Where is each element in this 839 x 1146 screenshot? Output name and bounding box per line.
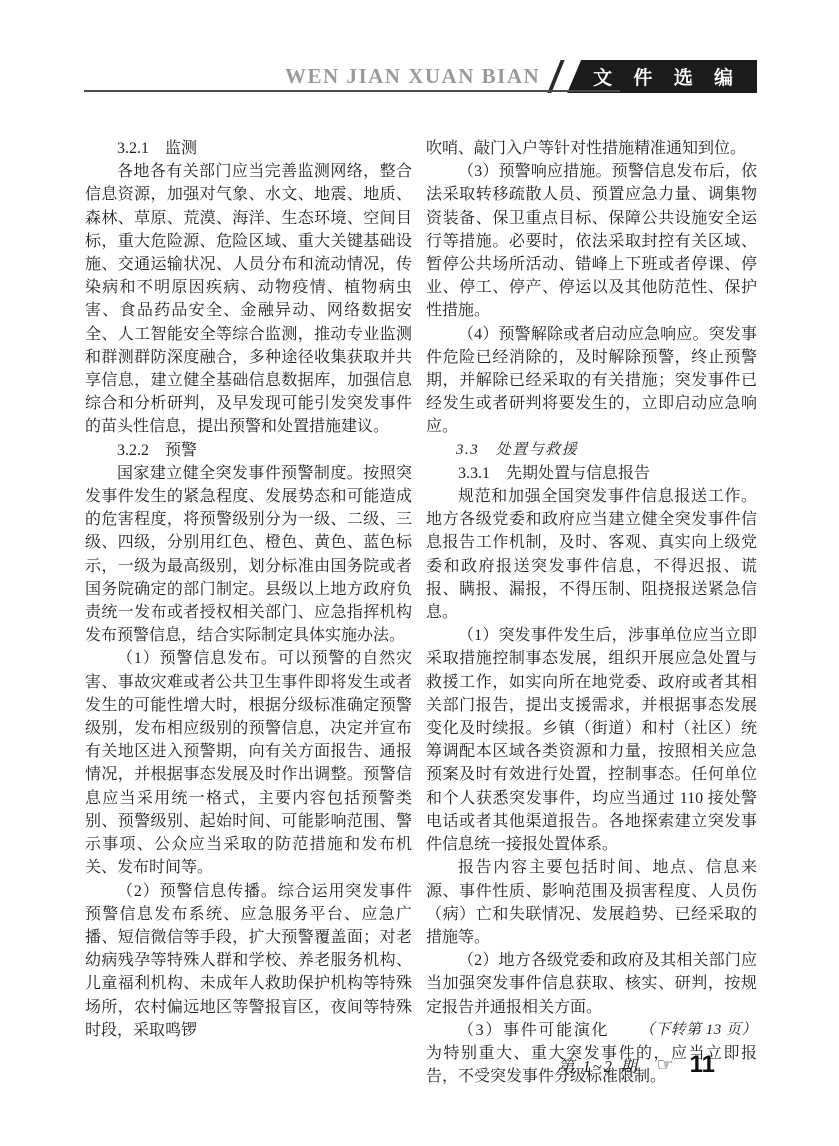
paragraph: 各地各有关部门应当完善监测网络，整合信息资源，加强对气象、水文、地震、地质、森林… (85, 160, 412, 438)
article-body: 3.2.1 监测 各地各有关部门应当完善监测网络，整合信息资源，加强对气象、水文… (85, 137, 757, 1088)
continued-on-page-note: （下转第 13 页） (607, 1019, 757, 1042)
slash-divider-icon (547, 60, 564, 93)
header-rule (84, 90, 620, 92)
paragraph: （2）地方各级党委和政府及其相关部门应当加强突发事件信息获取、核实、研判，按规定… (426, 949, 757, 1019)
section-label-box: 文 件 选 编 (567, 60, 757, 93)
journal-pinyin-title: WEN JIAN XUAN BIAN (285, 60, 540, 93)
paragraph: （3）预警响应措施。预警信息发布后，依法采取转移疏散人员、预置应急力量、调集物资… (426, 160, 757, 322)
section-heading-3-3-1: 3.3.1 先期处置与信息报告 (426, 462, 757, 485)
paragraph: （1）突发事件发生后，涉事单位应当立即采取措施控制事态发展，组织开展应急处置与救… (426, 624, 757, 856)
paragraph: （1）预警信息发布。可以预警的自然灾害、事故灾难或者公共卫生事件即将发生或者发生… (85, 647, 412, 879)
pointing-hand-icon: ☞ (657, 1054, 674, 1076)
page-header: WEN JIAN XUAN BIAN 文 件 选 编 (285, 60, 757, 93)
document-page: WEN JIAN XUAN BIAN 文 件 选 编 3.2.1 监测 各地各有… (0, 0, 839, 1146)
paragraph: （4）预警解除或者启动应急响应。突发事件危险已经消除的，及时解除预警，终止预警期… (426, 323, 757, 439)
paragraph: （2）预警信息传播。综合运用突发事件预警信息发布系统、应急服务平台、应急广播、短… (85, 880, 412, 1042)
paragraph: 报告内容主要包括时间、地点、信息来源、事件性质、影响范围及损害程度、人员伤（病）… (426, 856, 757, 949)
section-label: 文 件 选 编 (593, 63, 741, 90)
left-column: 3.2.1 监测 各地各有关部门应当完善监测网络，整合信息资源，加强对气象、水文… (85, 137, 412, 1088)
paragraph-continuation: 吹哨、敲门入户等针对性措施精准通知到位。 (426, 137, 757, 160)
section-heading-3-3: 3.3 处置与救援 (426, 439, 757, 462)
right-column: 吹哨、敲门入户等针对性措施精准通知到位。 （3）预警响应措施。预警信息发布后，依… (426, 137, 757, 1088)
page-number: 11 (690, 1051, 715, 1079)
paragraph: 规范和加强全国突发事件信息报送工作。地方各级党委和政府应当建立健全突发事件信息报… (426, 485, 757, 624)
section-heading-3-2-1: 3.2.1 监测 (85, 137, 412, 160)
paragraph: 国家建立健全突发事件预警制度。按照突发事件发生的紧急程度、发展势态和可能造成的危… (85, 462, 412, 648)
page-footer: 第 1~2 期 ☞ 11 (558, 1051, 715, 1079)
issue-label: 第 1~2 期 (558, 1053, 639, 1077)
section-heading-3-2-2: 3.2.2 预警 (85, 439, 412, 462)
